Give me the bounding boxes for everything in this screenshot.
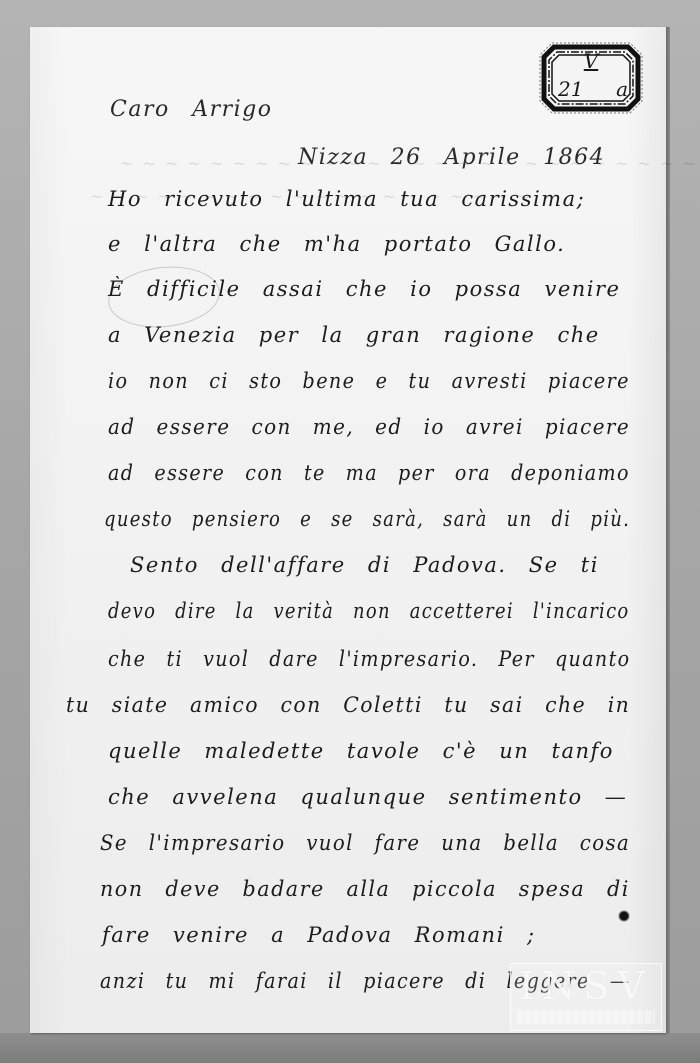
letter-line-13: quelle maledette tavole c'è un tanfo — [108, 739, 614, 763]
archive-suffix: a — [616, 77, 628, 101]
letter-line-15: Se l'impresario vuol fare una bella cosa — [100, 831, 630, 855]
letter-line-12: tu siate amico con Coletti tu sai che in — [66, 693, 630, 717]
salutation: Caro Arrigo — [110, 97, 273, 122]
letter-line-3: È difficile assai che io possa venire — [108, 277, 620, 301]
letter-sheet: ~ ~ ~ ~ ~ ~ ~ ~ ~ ~ ~ ~ ~ ~ ~ ~ ~ ~ ~ ~ … — [30, 27, 666, 1033]
background-surface — [0, 1033, 700, 1063]
paper-edge-shadow — [666, 27, 670, 1033]
letter-line-16: non deve badare alla piccola spesa di — [100, 877, 630, 901]
archive-watermark: INSV — [510, 963, 662, 1031]
letter-line-9: Sento dell'affare di Padova. Se ti — [130, 553, 599, 577]
letter-line-10: devo dire la verità non accetterei l'inc… — [108, 599, 629, 623]
letter-line-14: che avvelena qualunque sentimento — — [108, 785, 627, 809]
archive-volume: V — [538, 49, 644, 73]
archive-number-row: 21 a — [558, 77, 628, 101]
letter-line-8: questo pensiero e se sarà, sarà un di pi… — [104, 507, 630, 531]
letter-line-5: io non ci sto bene e tu avresti piacere — [108, 369, 630, 393]
letter-line-1: Ho ricevuto l'ultima tua carissima; — [108, 187, 585, 211]
dateline: Nizza 26 Aprile 1864 — [298, 145, 605, 170]
letter-line-6: ad essere con me, ed io avrei piacere — [108, 415, 630, 439]
letter-line-2: e l'altra che m'ha portato Gallo. — [108, 232, 565, 256]
ink-spot — [618, 910, 630, 922]
letter-line-17: fare venire a Padova Romani ; — [102, 923, 536, 947]
letter-line-4: a Venezia per la gran ragione che — [108, 323, 600, 347]
watermark-logo: INSV — [511, 964, 661, 1008]
watermark-subtitle — [517, 1010, 655, 1024]
letter-line-11: che ti vuol dare l'impresario. Per quant… — [108, 647, 630, 671]
archive-catalog-label: V 21 a — [538, 41, 644, 115]
archive-number: 21 — [558, 77, 583, 101]
letter-line-7: ad essere con te ma per ora deponiamo — [108, 461, 630, 485]
